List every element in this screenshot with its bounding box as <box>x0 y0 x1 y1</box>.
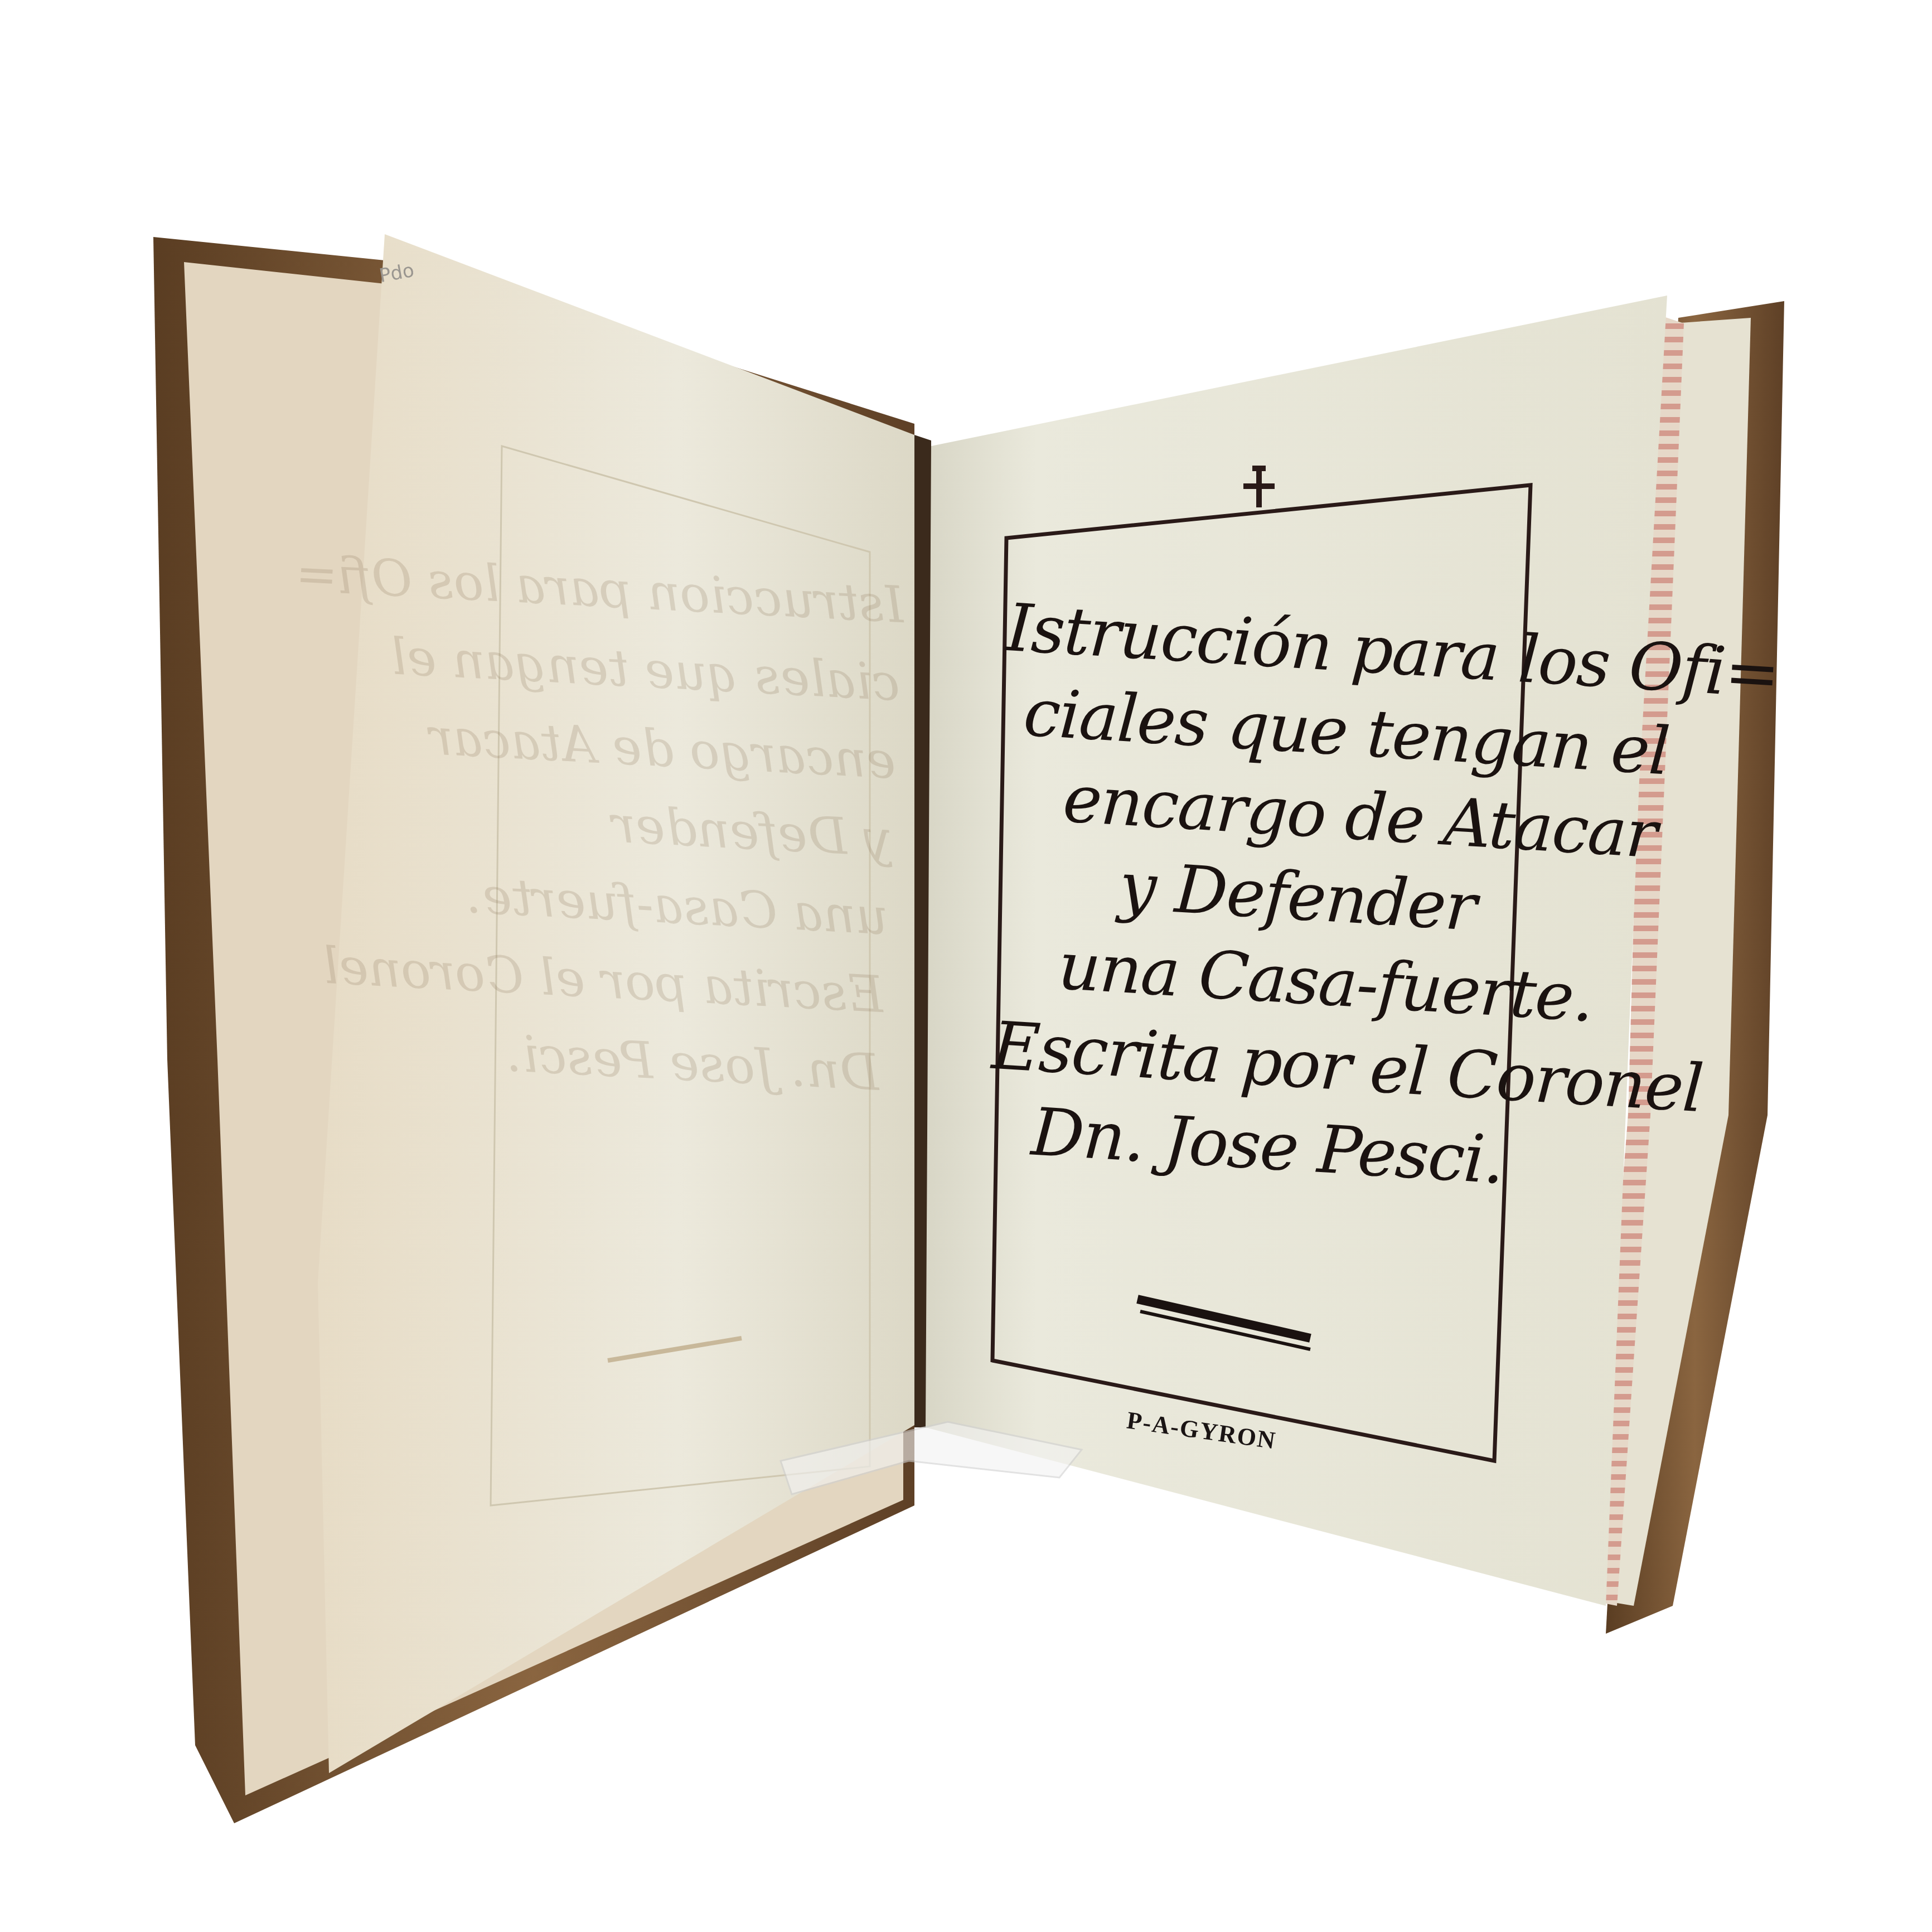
manuscript-title: Istrucción para los Ofi= ciales que teng… <box>974 585 1510 1200</box>
show-through-text: Istruccion para los Ofi= ciales que teng… <box>544 549 906 1112</box>
open-book-illustration <box>0 0 1932 1932</box>
book-photo: Pdo Istruccion para los Ofi= ciales que … <box>0 0 1932 1932</box>
